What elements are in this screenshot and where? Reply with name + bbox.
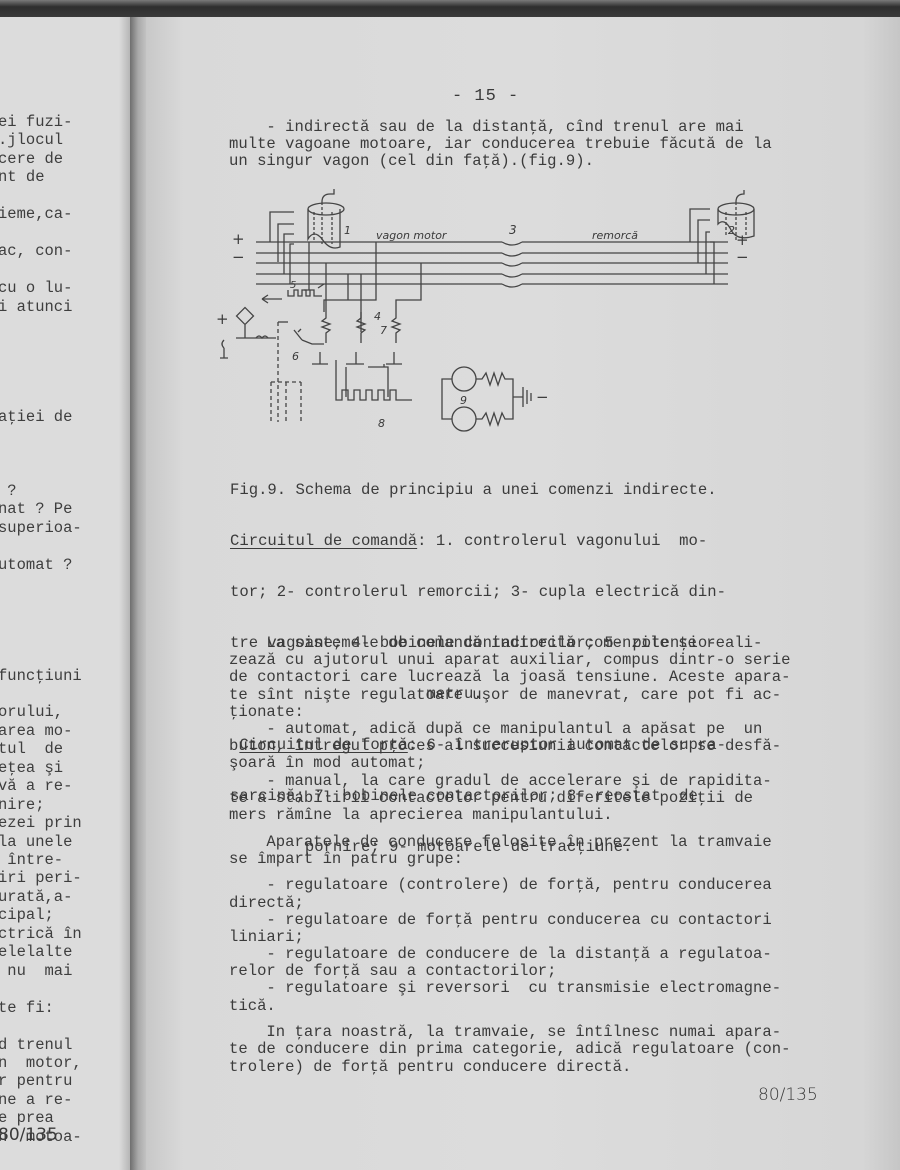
text-line: - regulatoare de forţă pentru conducerea… — [229, 912, 790, 929]
left-page-line: orului, — [0, 703, 63, 721]
minus-motor-label: − — [536, 388, 549, 406]
text-line: zează cu ajutorul unui aparat auxiliar, … — [229, 652, 790, 669]
left-page-line: urată,a- — [0, 888, 72, 906]
contactor-coils-4-7 — [312, 242, 421, 364]
left-page-line: ei fuzi- — [0, 113, 72, 131]
left-page-line: nu mai — [0, 962, 72, 980]
page-number: - 15 - — [452, 87, 519, 106]
text-line: multe vagoane motoare, iar conducerea tr… — [229, 136, 772, 153]
left-page-line: elelalte — [0, 943, 72, 961]
text-line: Aparatele de conducere folosite în preze… — [229, 834, 790, 851]
control-bus-lines — [256, 242, 728, 287]
left-page-line: ctrică în — [0, 925, 82, 943]
left-page-line: utomat ? — [0, 556, 72, 574]
text-line: un singur vagon (cel din faţă).(fig.9). — [229, 153, 772, 170]
label-8: 8 — [378, 417, 385, 430]
text-line: - regulatoare şi reversori cu transmisie… — [229, 980, 790, 997]
plus-right-label: + — [736, 231, 749, 249]
text-line: ţionate: — [229, 704, 790, 721]
text-line: de contactori care lucrează la joasă ten… — [229, 669, 790, 686]
intro-paragraph: - indirectă sau de la distanţă, cînd tre… — [229, 119, 772, 170]
label-9: 9 — [460, 394, 467, 407]
remorca-label: remorcă — [592, 229, 638, 242]
text-line: In ţara noastră, la tramvaie, se întîlne… — [229, 1024, 790, 1041]
right-page: - 15 - - indirectă sau de la distanţă, c… — [146, 17, 900, 1170]
left-page-line: te fi: — [0, 999, 54, 1017]
text-line: La sistemele de comandă indirectă comenz… — [229, 635, 790, 652]
left-page-line: la unele — [0, 833, 72, 851]
minus-right-label: − — [736, 248, 749, 266]
label-4: 4 — [374, 310, 381, 323]
text-line: relor de forţă sau a contactorilor; — [229, 963, 790, 980]
left-page-line: vă a re- — [0, 777, 72, 795]
traction-motors-9-icon — [442, 367, 531, 431]
text-line: - indirectă sau de la distanţă, cînd tre… — [229, 119, 772, 136]
page-footer: 80/135 — [758, 1085, 818, 1105]
text-line: directă; — [229, 895, 790, 912]
left-page-line: ezei prin — [0, 814, 82, 832]
left-page-line: ? — [0, 482, 17, 500]
left-page-line: eţea şi — [0, 759, 63, 777]
caption-title: Fig.9. Schema de principiu a unei comenz… — [230, 482, 830, 499]
left-page-line: nat ? Pe — [0, 500, 72, 518]
text-line: te a stabilirii contactelor pentru difer… — [229, 790, 790, 807]
left-page-line: d trenul — [0, 1036, 72, 1054]
label-5: 5 — [290, 280, 296, 291]
left-page-line: .jlocul — [0, 131, 63, 149]
text-line: - manual, la care gradul de accelerare ş… — [229, 773, 790, 790]
controller-1-icon — [270, 189, 361, 332]
text-line: şoară în mod automat; — [229, 755, 790, 772]
figure-9-schematic: + − + − + − vagon motor remorcă 3 1 2 4 … — [216, 182, 796, 442]
text-line: - regulatoare de conducere de la distanţ… — [229, 946, 790, 963]
left-page-line: superioa- — [0, 519, 82, 537]
rheostat-8-icon — [336, 360, 412, 400]
breaker-6-icon — [220, 308, 324, 422]
left-page-footer: 80/135 — [0, 1125, 58, 1145]
left-page-line: nt de — [0, 168, 45, 186]
left-page: ei fuzi-.jloculcere dent deieme,ca-ac, c… — [0, 17, 133, 1170]
left-page-line: iri peri- — [0, 869, 82, 887]
left-page-line: area mo- — [0, 722, 72, 740]
text-line: te de conducere din prima categorie, adi… — [229, 1041, 790, 1058]
left-page-line: funcţiuni — [0, 667, 82, 685]
left-page-line: r pentru — [0, 1072, 72, 1090]
text-line: - regulatoare (controlere) de forţă, pen… — [229, 877, 790, 894]
left-page-line: ne a re- — [0, 1091, 72, 1109]
label-3: 3 — [509, 223, 517, 237]
left-page-line: cipal; — [0, 906, 54, 924]
text-line: se împart în patru grupe: — [229, 851, 790, 868]
left-page-line: ac, con- — [0, 242, 72, 260]
minus-left-label: − — [232, 248, 245, 266]
left-page-line: tul de — [0, 740, 63, 758]
text-line: tică. — [229, 998, 790, 1015]
label-7: 7 — [380, 324, 387, 337]
left-page-line: cu o lu- — [0, 279, 72, 297]
left-page-line: n motor, — [0, 1054, 82, 1072]
label-6: 6 — [292, 350, 299, 363]
left-page-line: aţiei de — [0, 408, 72, 426]
vagon-motor-label: vagon motor — [376, 229, 448, 242]
left-page-line: cere de — [0, 150, 63, 168]
left-page-line: între- — [0, 851, 63, 869]
command-circuit-heading: Circuitul de comandă — [230, 532, 417, 550]
label-1: 1 — [344, 224, 351, 237]
text-line: mers rămîne la aprecierea manipulantului… — [229, 807, 790, 824]
scanner-top-edge — [0, 0, 900, 17]
body-text: La sistemele de comandă indirectă comenz… — [229, 635, 790, 1076]
plus-breaker-label: + — [216, 310, 229, 328]
left-page-line: nire; — [0, 796, 45, 814]
text-line: liniari; — [229, 929, 790, 946]
text-line: te sînt nişte regulatoare uşor de manevr… — [229, 687, 790, 704]
left-page-line: ieme,ca- — [0, 205, 72, 223]
left-page-line: i atunci — [0, 298, 72, 316]
plus-left-label: + — [232, 230, 245, 248]
text-line: buton, întregul proces al succesiunii co… — [229, 738, 790, 755]
label-2: 2 — [728, 224, 735, 237]
text-line: trolere) de forţă pentru conducere direc… — [229, 1059, 790, 1076]
text-line: - automat, adică după ce manipulantul a … — [229, 721, 790, 738]
